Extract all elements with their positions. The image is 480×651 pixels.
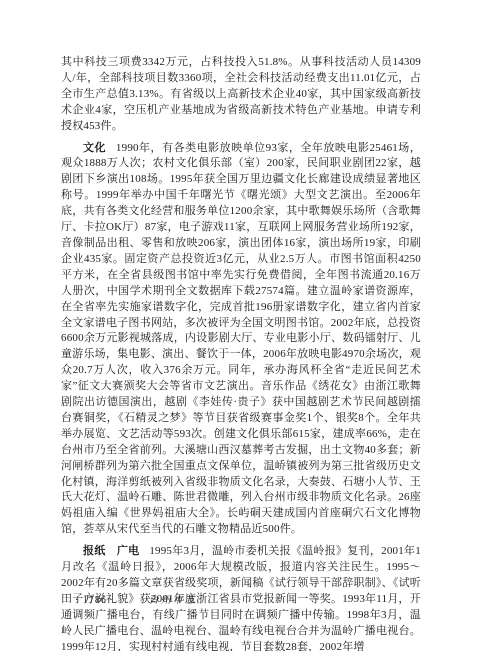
body-text-column: 其中科技三项费3342万元，占科技投入51.8%。从事科技活动人员14309人/… <box>61 55 421 651</box>
book-title: 台州市志 <box>149 591 197 606</box>
paragraph-science-tech-continuation: 其中科技三项费3342万元，占科技投入51.8%。从事科技活动人员14309人/… <box>61 55 421 135</box>
page-number: · 1786 · <box>75 595 115 606</box>
paragraph-text: 其中科技三项费3342万元，占科技投入51.8%。从事科技活动人员14309人/… <box>61 56 421 132</box>
paragraph-text: 1990年，有各类电影放映单位93家，全年放映电影25461场，观众1888万人… <box>61 142 421 536</box>
page-footer: · 1786 · 台州市志 <box>75 591 197 606</box>
paragraph-culture: 文化1990年，有各类电影放映单位93家，全年放映电影25461场，观众1888… <box>61 141 421 539</box>
scanned-book-page: 其中科技三项费3342万元，占科技投入51.8%。从事科技活动人员14309人/… <box>0 0 480 651</box>
section-lead-culture: 文化 <box>83 142 106 154</box>
section-lead-press-broadcasting: 报纸 广电 <box>83 545 139 557</box>
